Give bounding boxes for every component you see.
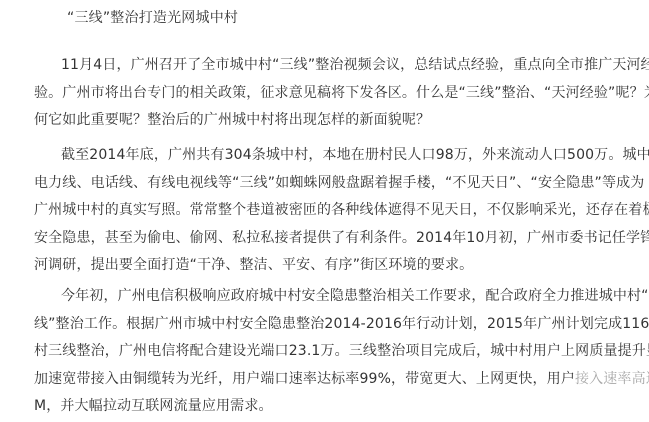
paragraph-line: 广州城中村的真实写照。常常整个巷道被密匝的各种线体遮得不见天日，不仅影响采光，还… (34, 197, 634, 225)
paragraph-line: M，并大幅拉动互联网流量应用需求。 (34, 393, 634, 421)
paragraph-line: 河调研，提出要全面打造“干净、整洁、平安、有序”街区环境的要求。 (34, 252, 634, 280)
paragraph-line: 电力线、电话线、有线电视线等“三线”如蜘蛛网般盘踞着握手楼，“不见天日”、“安全… (34, 170, 634, 198)
paragraph-line: 今年初，广州电信积极响应政府城中村安全隐患整治相关工作要求，配合政府全力推进城中… (34, 283, 634, 311)
article-paragraph-1: 11月4日，广州召开了全市城中村“三线”整治视频会议，总结试点经验，重点向全市推… (34, 52, 634, 135)
faded-text-fragment: 接入速率高达100 (575, 371, 649, 387)
article-paragraph-3: 今年初，广州电信积极响应政府城中村安全隐患整治相关工作要求，配合政府全力推进城中… (34, 283, 634, 421)
paragraph-line: 何它如此重要呢？整治后的广州城中村将出现怎样的新面貌呢？ (34, 107, 634, 135)
paragraph-line: 截至2014年底，广州共有304条城中村，本地在册村民人口98万，外来流动人口5… (34, 142, 634, 170)
paragraph-line: 安全隐患，甚至为偷电、偷网、私拉私接者提供了有利条件。2014年10月初，广州市… (34, 225, 634, 253)
article-title: “三线”整治打造光网城中村 (67, 9, 238, 27)
paragraph-line: 加速宽带接入由铜缆转为光纤，用户端口速率达标率99%，带宽更大、上网更快，用户接… (34, 366, 634, 394)
paragraph-line-text: 加速宽带接入由铜缆转为光纤，用户端口速率达标率99%，带宽更大、上网更快，用户 (34, 371, 575, 387)
paragraph-line: 线”整治工作。根据广州市城中村安全隐患整治2014-2016年行动计划，2015… (34, 311, 634, 339)
paragraph-line: 11月4日，广州召开了全市城中村“三线”整治视频会议，总结试点经验，重点向全市推… (34, 52, 634, 80)
paragraph-line: 验。广州市将出台专门的相关政策，征求意见稿将下发各区。什么是“三线”整治、“天河… (34, 80, 634, 108)
paragraph-line: 村三线整治，广州电信将配合建设光端口23.1万。三线整治项目完成后，城中村用户上… (34, 338, 634, 366)
article-paragraph-2: 截至2014年底，广州共有304条城中村，本地在册村民人口98万，外来流动人口5… (34, 142, 634, 280)
